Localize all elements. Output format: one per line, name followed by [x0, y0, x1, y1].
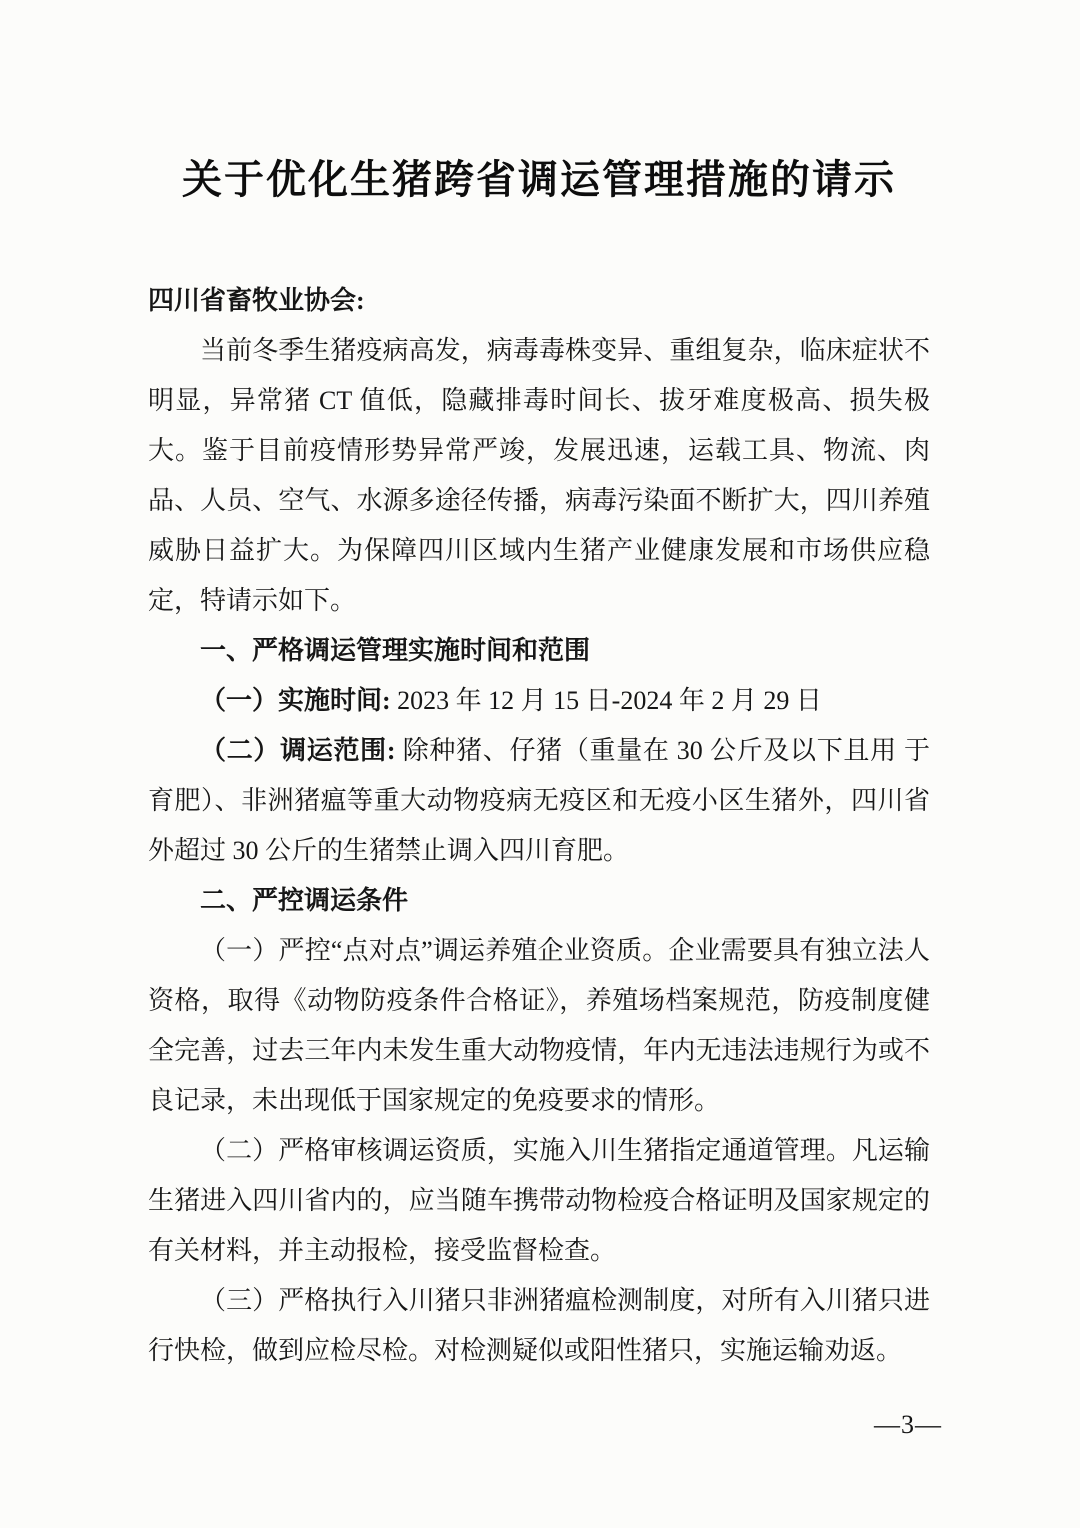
- section1-item2: （二）调运范围: 除种猪、仔猪（重量在 30 公斤及以下且用 于育肥）、非洲猪瘟…: [148, 726, 930, 876]
- section2-item3: （三）严格执行入川猪只非洲猪瘟检测制度，对所有入川猪只进行快检，做到应检尽检。对…: [148, 1276, 930, 1376]
- addressee-line: 四川省畜牧业协会:: [148, 276, 930, 326]
- document-page: 关于优化生猪跨省调运管理措施的请示 四川省畜牧业协会: 当前冬季生猪疫病高发，病…: [0, 0, 1080, 1528]
- section1-heading: 一、严格调运管理实施时间和范围: [148, 626, 930, 676]
- intro-paragraph: 当前冬季生猪疫病高发，病毒毒株变异、重组复杂，临床症状不明显，异常猪 CT 值低…: [148, 326, 930, 626]
- section1-item1: （一）实施时间: 2023 年 12 月 15 日-2024 年 2 月 29 …: [148, 676, 930, 726]
- section2-heading: 二、严控调运条件: [148, 876, 930, 926]
- page-number: —3—: [874, 1410, 942, 1440]
- section2-item1: （一）严控“点对点”调运养殖企业资质。企业需要具有独立法人资格，取得《动物防疫条…: [148, 926, 930, 1126]
- section1-item1-text: 2023 年 12 月 15 日-2024 年 2 月 29 日: [397, 686, 822, 715]
- document-title: 关于优化生猪跨省调运管理措施的请示: [148, 150, 930, 210]
- section2-item2: （二）严格审核调运资质，实施入川生猪指定通道管理。凡运输生猪进入四川省内的，应当…: [148, 1126, 930, 1276]
- section1-item1-lead: （一）实施时间:: [200, 686, 397, 715]
- section1-item2-lead: （二）调运范围:: [200, 736, 403, 765]
